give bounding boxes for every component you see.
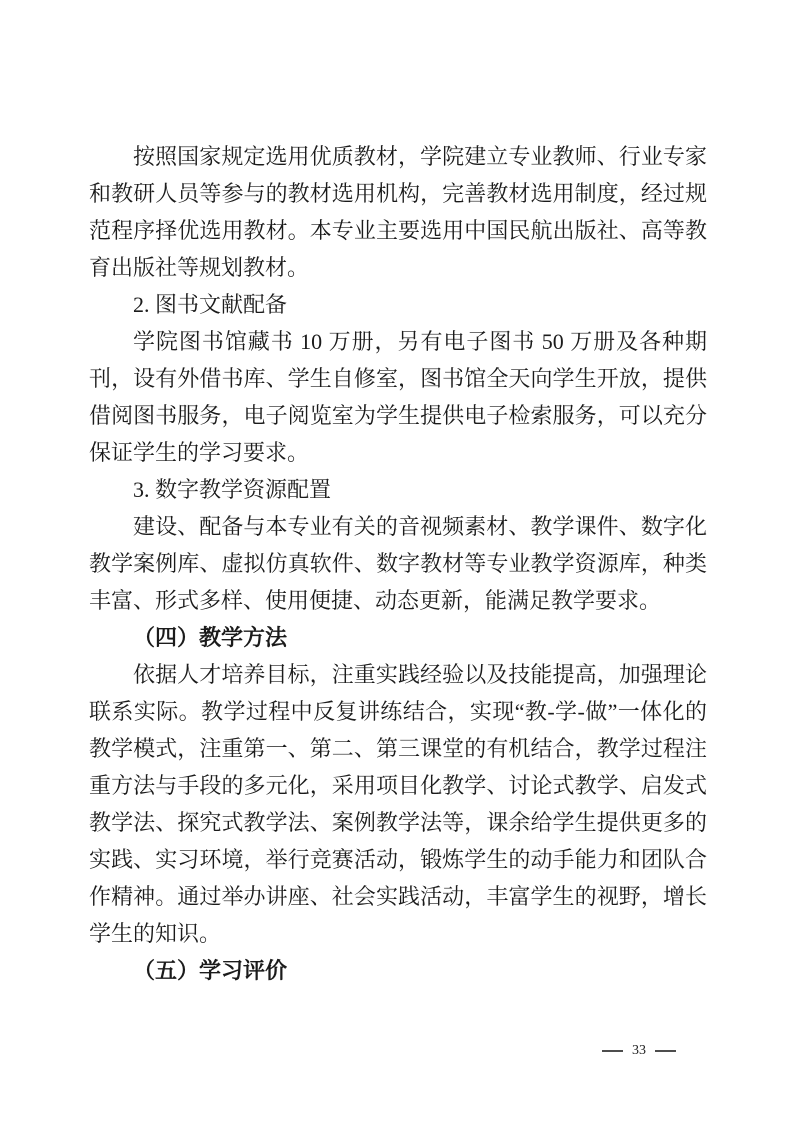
heading-learning-evaluation: （五）学习评价 xyxy=(89,952,707,989)
paragraph-digital-resources: 建设、配备与本专业有关的音视频素材、教学课件、数字化教学案例库、虚拟仿真软件、数… xyxy=(89,508,707,619)
heading-library-resources: 2. 图书文献配备 xyxy=(89,286,707,323)
heading-teaching-methods: （四）教学方法 xyxy=(89,619,707,656)
paragraph-textbook-selection: 按照国家规定选用优质教材，学院建立专业教师、行业专家和教研人员等参与的教材选用机… xyxy=(89,138,707,286)
page-footer: 33 xyxy=(602,1044,676,1058)
footer-dash-right-icon xyxy=(655,1050,676,1052)
paragraph-teaching-methods: 依据人才培养目标，注重实践经验以及技能提高，加强理论联系实际。教学过程中反复讲练… xyxy=(89,656,707,952)
document-page: 按照国家规定选用优质教材，学院建立专业教师、行业专家和教研人员等参与的教材选用机… xyxy=(0,0,793,1122)
paragraph-library-resources: 学院图书馆藏书 10 万册，另有电子图书 50 万册及各种期刊，设有外借书库、学… xyxy=(89,323,707,471)
page-number: 33 xyxy=(632,1044,646,1058)
heading-digital-resources: 3. 数字教学资源配置 xyxy=(89,471,707,508)
footer-dash-left-icon xyxy=(602,1050,623,1052)
document-body: 按照国家规定选用优质教材，学院建立专业教师、行业专家和教研人员等参与的教材选用机… xyxy=(89,138,707,989)
